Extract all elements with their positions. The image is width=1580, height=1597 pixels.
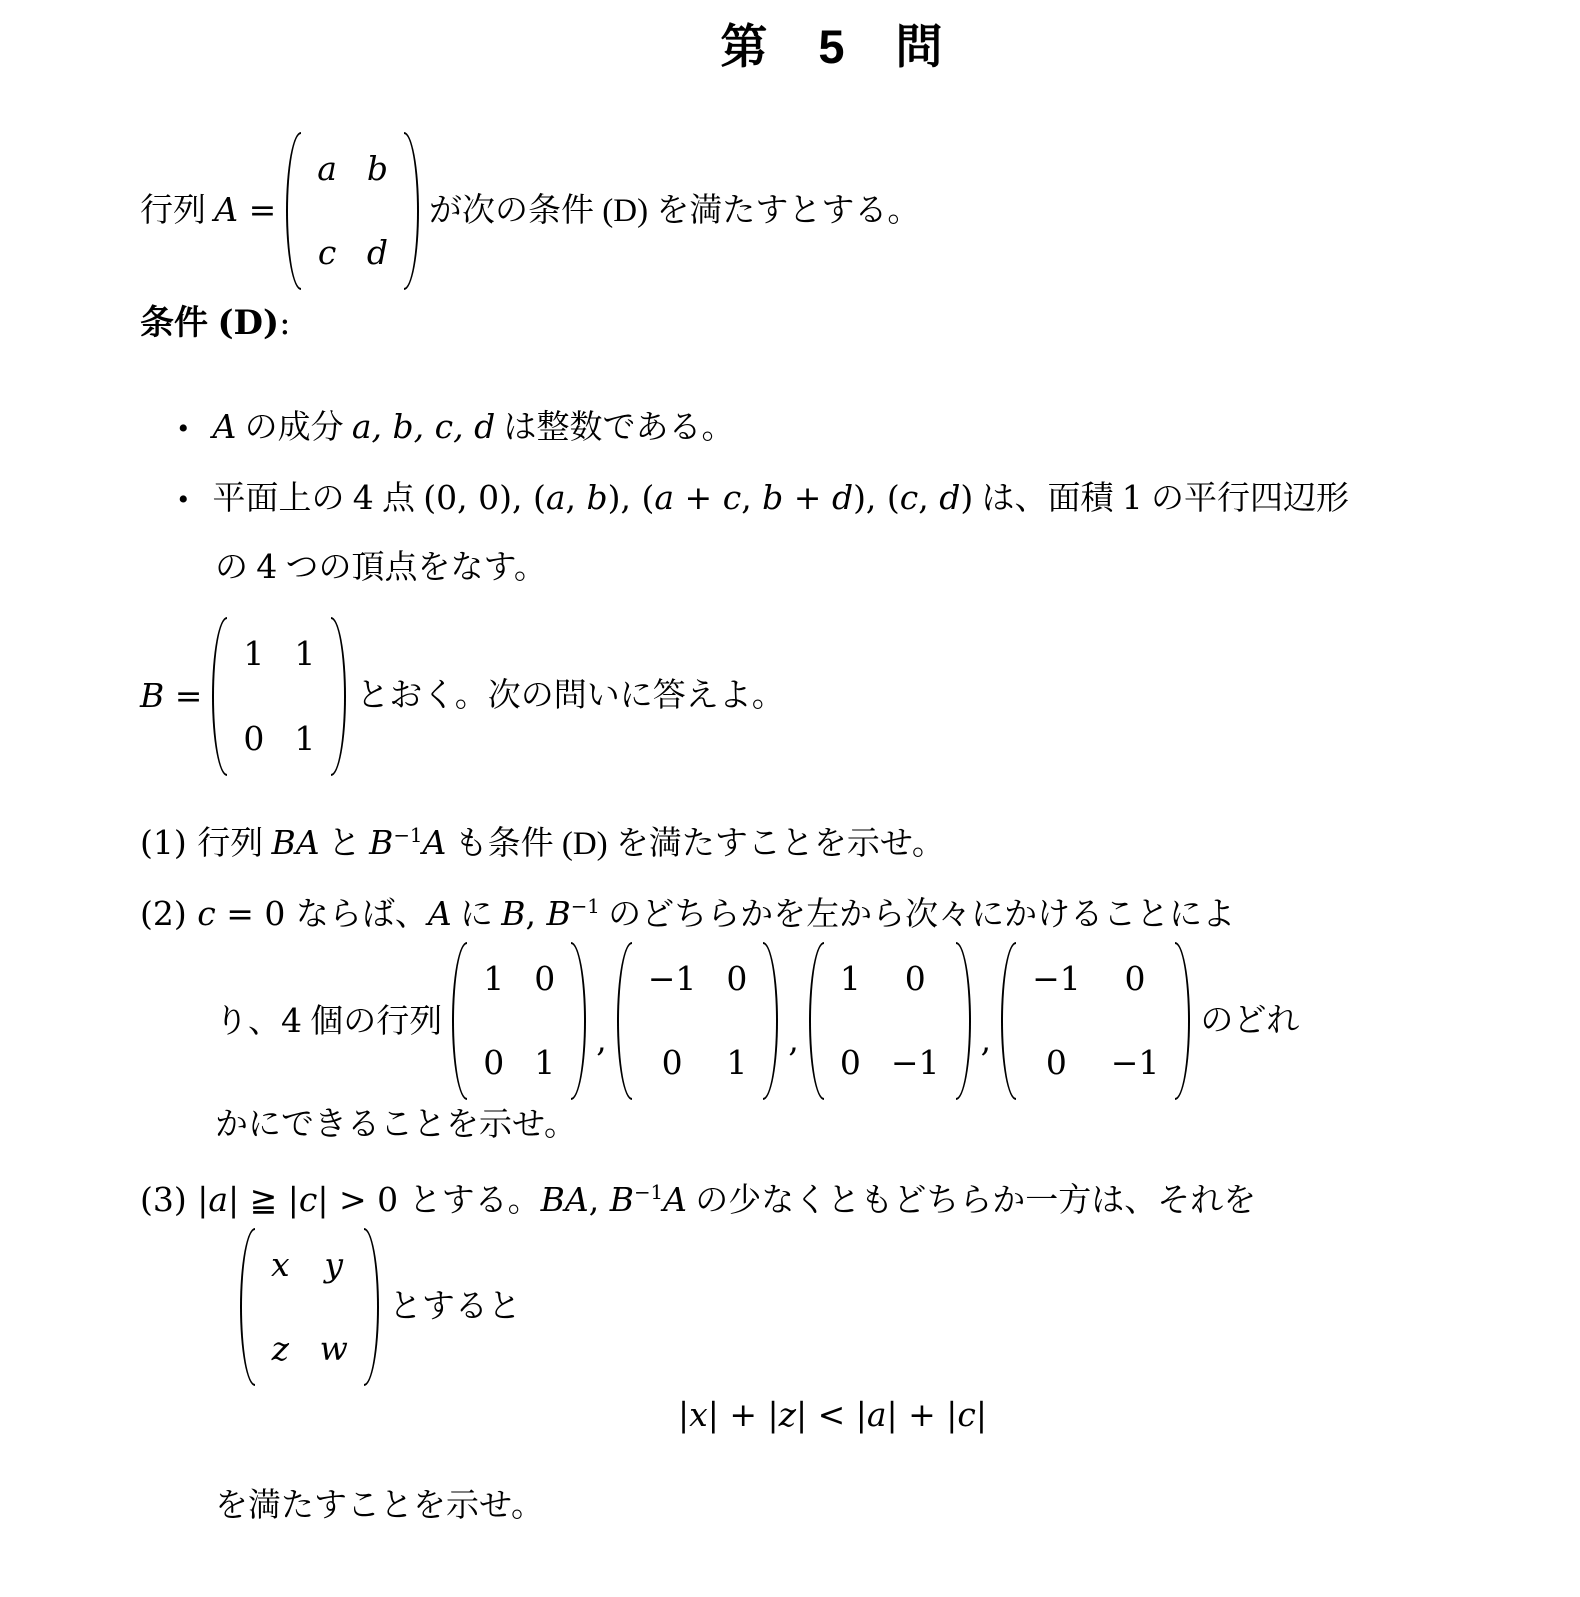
bullet-icon: •	[178, 408, 189, 450]
q2-mats-pre: り、4 個の行列	[215, 998, 442, 1045]
text-segment: b	[762, 478, 783, 517]
question-1: (1) 行列 BA と B−1A も条件 (D) を満たすことを示せ。	[140, 820, 1525, 867]
matrix-cell: −1	[891, 1040, 940, 1086]
text-segment: ,	[981, 1020, 992, 1059]
matrix-cell: 0	[840, 1040, 861, 1086]
text-segment: a	[654, 478, 674, 517]
bullet-item-1: • A の成分 a, b, c, d は整数である。	[140, 404, 1525, 451]
left-paren-icon	[212, 617, 227, 775]
displayed-inequality: |x| + |z| < |a| + |c|	[140, 1392, 1525, 1439]
text-segment: B	[501, 894, 525, 933]
matrix-cell: 1	[840, 956, 861, 1002]
b-def-post: とおく。次の問いに答えよ。	[356, 673, 784, 719]
text-segment: B	[369, 823, 393, 862]
left-paren-icon	[452, 942, 467, 1100]
text-segment: (3) |	[140, 1180, 208, 1219]
text-segment: ), (	[608, 478, 655, 517]
text-segment: −1	[571, 895, 600, 918]
text-segment: かにできることを示せ。	[215, 1107, 577, 1143]
page-title: 第 5 問	[140, 14, 1525, 80]
matrix-identity: 1 0 0 1	[452, 942, 586, 1100]
left-paren-icon	[240, 1228, 255, 1386]
matrix-cell: 1	[534, 1040, 555, 1086]
text-segment: (0, 0), (	[423, 478, 546, 517]
bullet-item-2: • 平面上の 4 点 (0, 0), (a, b), (a + c, b + d…	[140, 475, 1525, 522]
matrix-cell: 0	[1125, 956, 1146, 1002]
text-segment: 行列	[197, 826, 271, 862]
matrix-cell: 1	[294, 631, 315, 677]
text-segment: 行列	[140, 193, 214, 229]
question-3-final-line: を満たすことを示せ。	[140, 1483, 1525, 1529]
b-def-pre: B =	[140, 673, 202, 720]
matrix-neg-identity-top: −1 0 0 1	[617, 942, 779, 1100]
matrix-cell: c	[318, 230, 336, 276]
matrix-neg-identity-bottom: 1 0 0 −1	[809, 942, 971, 1100]
text-segment: )	[960, 478, 973, 517]
right-paren-icon	[364, 1228, 379, 1386]
matrix-cell: 0	[905, 956, 926, 1002]
left-paren-icon	[809, 942, 824, 1100]
matrix-cell: 0	[1046, 1040, 1067, 1086]
text-segment: c	[723, 478, 741, 517]
matrix-cell: −1	[648, 956, 697, 1002]
text-segment: a	[867, 1395, 887, 1434]
text-segment: −1	[634, 1181, 663, 1204]
right-paren-icon	[331, 617, 346, 775]
text-segment: 4	[353, 478, 374, 517]
matrix-cells: −1 0 0 −1	[1016, 942, 1175, 1100]
matrix-cell: 1	[726, 1040, 747, 1086]
matrix-cells: −1 0 0 1	[632, 942, 764, 1100]
matrix-B-cells: 1 1 0 1	[227, 617, 331, 775]
text-segment: ,	[566, 478, 587, 517]
text-segment: A	[663, 1180, 687, 1219]
text-segment: 4	[281, 1001, 302, 1040]
text-segment: B	[140, 676, 164, 715]
separator-comma: ,	[596, 1017, 607, 1100]
text-segment: d	[939, 478, 960, 517]
text-segment: の少なくともどちらか一方は、それを	[687, 1183, 1256, 1219]
bullet-2-text-line1: 平面上の 4 点 (0, 0), (a, b), (a + c, b + d),…	[213, 475, 1350, 522]
matrix-cell: 1	[483, 956, 504, 1002]
matrix-cell: 0	[483, 1040, 504, 1086]
matrix-A-cells: a b c d	[301, 132, 404, 290]
text-segment: 個の行列	[302, 1004, 442, 1040]
text-segment: −1	[393, 824, 422, 847]
text-segment: 4	[256, 547, 277, 586]
right-paren-icon	[1175, 942, 1190, 1100]
text-segment: ), (	[853, 478, 900, 517]
matrix-XW: x y z w	[240, 1228, 379, 1386]
matrix-cell: 1	[294, 716, 315, 762]
separator-comma: ,	[981, 1017, 992, 1100]
text-segment: の成分	[236, 410, 352, 446]
text-segment: を満たすことを示せ。	[215, 1488, 544, 1524]
matrix-cells: 1 0 0 −1	[824, 942, 956, 1100]
text-segment: は整数である。	[495, 410, 734, 446]
right-paren-icon	[763, 942, 778, 1100]
text-segment: | > 0	[317, 1180, 408, 1219]
text-segment: も条件 (D) を満たすことを示せ。	[446, 826, 945, 862]
text-segment: x	[689, 1395, 708, 1434]
matrix-cell: −1	[1111, 1040, 1160, 1086]
text-segment: とすると	[389, 1289, 521, 1325]
bullet-2-text-line2: の 4 つの頂点をなす。	[140, 544, 1525, 591]
text-segment: ならば、	[296, 897, 428, 933]
intro-post: が次の条件 (D) を満たすとする。	[429, 188, 920, 234]
text-segment: (1)	[140, 823, 197, 862]
q3-matrix-post: とすると	[389, 1284, 521, 1330]
text-segment: |	[678, 1395, 689, 1434]
text-segment: 点	[374, 481, 424, 517]
matrix-cells: 1 0 0 1	[467, 942, 571, 1100]
text-segment: A	[214, 190, 238, 229]
text-segment: +	[674, 478, 723, 517]
text-segment: つの頂点をなす。	[277, 550, 547, 586]
matrix-cell: 0	[726, 956, 747, 1002]
text-segment: のどれ	[1200, 1003, 1299, 1039]
text-segment: =	[164, 676, 202, 715]
text-segment: a	[208, 1180, 228, 1219]
right-paren-icon	[404, 132, 419, 290]
left-paren-icon	[617, 942, 632, 1100]
matrix-cell: b	[367, 146, 388, 192]
right-paren-icon	[571, 942, 586, 1100]
text-segment: とおく。次の問いに答えよ。	[356, 678, 784, 714]
text-segment: a	[546, 478, 566, 517]
text-segment: | + |	[708, 1395, 779, 1434]
text-segment: d	[832, 478, 853, 517]
question-3-line1: (3) |a| ≧ |c| > 0 とする。BA, B−1A の少なくともどちら…	[140, 1177, 1525, 1224]
text-segment: a, b, c, d	[352, 407, 495, 446]
q2-mats-post: のどれ	[1200, 998, 1299, 1044]
matrix-cell: w	[320, 1326, 348, 1372]
text-segment: B	[610, 1180, 634, 1219]
text-segment: A	[213, 407, 237, 446]
text-segment: (D)	[217, 303, 279, 343]
matrix-cell: −1	[1032, 956, 1081, 1002]
text-segment: の	[215, 550, 256, 586]
text-segment: の平行四辺形	[1143, 481, 1349, 517]
matrix-cell: 1	[243, 631, 264, 677]
text-segment: とする。	[409, 1183, 541, 1219]
matrix-cell: y	[324, 1242, 343, 1288]
text-segment: :	[279, 303, 290, 343]
text-segment: A	[423, 823, 447, 862]
text-segment: =	[238, 190, 276, 229]
matrix-B: 1 1 0 1	[212, 617, 346, 775]
question-2-line3: かにできることを示せ。	[140, 1102, 1525, 1148]
text-segment: 条件	[140, 304, 217, 342]
text-segment: b	[587, 478, 608, 517]
page-content: 第 5 問 行列 A = a b c d が次の条件 (D) を満たすとする。 …	[0, 14, 1580, 1530]
separator-comma: ,	[788, 1017, 799, 1100]
matrix-cell: d	[367, 230, 388, 276]
text-segment: のどちらかを左から次々にかけることによ	[600, 897, 1235, 933]
left-paren-icon	[1001, 942, 1016, 1100]
question-2-line1: (2) c = 0 ならば、A に B, B−1 のどちらかを左から次々にかける…	[140, 891, 1525, 938]
matrix-cell: a	[317, 146, 337, 192]
text-segment: BA	[271, 823, 319, 862]
bullet-icon: •	[178, 479, 189, 521]
text-segment: B	[546, 894, 570, 933]
text-segment: = 0	[216, 894, 296, 933]
text-segment: BA	[541, 1180, 589, 1219]
text-segment: ,	[918, 478, 939, 517]
text-segment: ,	[741, 478, 762, 517]
matrix-cell: 0	[243, 716, 264, 762]
text-segment: ,	[525, 894, 546, 933]
bullet-1-text: A の成分 a, b, c, d は整数である。	[213, 404, 735, 451]
left-paren-icon	[286, 132, 301, 290]
text-segment: ,	[596, 1020, 607, 1059]
matrix-neg-identity-both: −1 0 0 −1	[1001, 942, 1190, 1100]
text-segment: と	[320, 826, 370, 862]
question-3-matrix-row: x y z w とすると	[140, 1228, 1525, 1386]
text-segment: c	[197, 894, 215, 933]
matrix-cell: 0	[662, 1040, 683, 1086]
matrix-cell: 0	[534, 956, 555, 1002]
text-segment: c	[900, 478, 918, 517]
text-segment: 1	[1122, 478, 1143, 517]
matrix-cell: z	[272, 1326, 289, 1372]
matrix-A: a b c d	[286, 132, 419, 290]
b-definition-line: B = 1 1 0 1 とおく。次の問いに答えよ。	[140, 617, 1525, 775]
text-segment: 平面上の	[213, 481, 353, 517]
question-2-matrices-row: り、4 個の行列 1 0 0 1 , −1 0 0 1	[140, 942, 1525, 1100]
exam-page: 第 5 問 行列 A = a b c d が次の条件 (D) を満たすとする。 …	[0, 0, 1580, 1597]
text-segment: c	[957, 1395, 975, 1434]
text-segment: |	[976, 1395, 987, 1434]
text-segment: ,	[788, 1020, 799, 1059]
text-segment: (2)	[140, 894, 197, 933]
text-segment: ,	[589, 1180, 610, 1219]
intro-pre: 行列 A =	[140, 187, 276, 234]
right-paren-icon	[956, 942, 971, 1100]
text-segment: | < |	[796, 1395, 867, 1434]
text-segment: | + |	[887, 1395, 958, 1434]
text-segment: は、面積	[973, 481, 1122, 517]
matrix-XW-cells: x y z w	[255, 1228, 364, 1386]
text-segment: z	[779, 1395, 796, 1434]
text-segment: A	[428, 894, 452, 933]
text-segment: に	[452, 897, 502, 933]
condition-label: 条件 (D):	[140, 300, 1525, 348]
text-segment: | ≧ |	[228, 1180, 299, 1219]
text-segment: り、	[215, 1004, 281, 1040]
text-segment: c	[299, 1180, 317, 1219]
text-segment: が次の条件 (D) を満たすとする。	[429, 193, 920, 229]
intro-line: 行列 A = a b c d が次の条件 (D) を満たすとする。	[140, 132, 1525, 290]
text-segment: +	[783, 478, 832, 517]
matrix-cell: x	[271, 1242, 290, 1288]
